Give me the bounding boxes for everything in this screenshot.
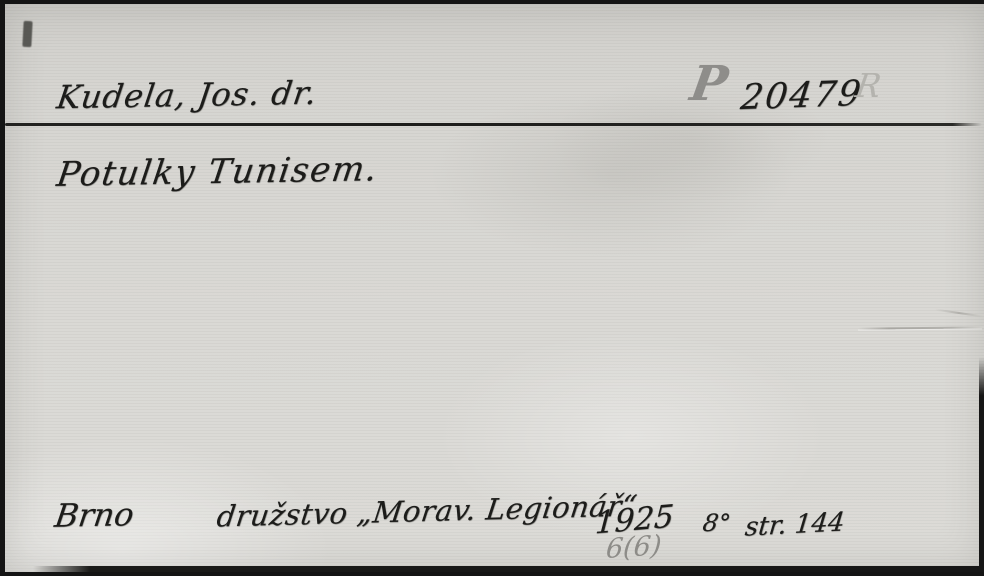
call-number-pencil-prefix: P [691,56,727,112]
title-text: Potulky Tunisem. [54,149,381,195]
call-number-pencil-suffix-text: R [853,66,884,105]
imprint-publisher-text: družstvo „Morav. Legionář“ [215,488,639,533]
paper-crease-corner [935,309,983,318]
call-number-pencil-prefix-text: P [687,56,732,112]
author-heading-text: Kudela, Jos. dr. [54,74,320,117]
imprint-publisher: družstvo „Morav. Legionář“ [217,489,638,534]
pencil-annotation-text: 6(6) [605,530,663,565]
catalog-card: Kudela, Jos. dr. P 20479 R Potulky Tunis… [5,4,984,572]
call-number-pencil-suffix: R [856,66,881,105]
imprint-place: Brno [55,495,134,534]
ink-stamp-mark [22,21,32,47]
call-number-text: 20479 [739,74,865,118]
imprint-pages: str. 144 [744,507,845,542]
imprint-format-text: 8° [701,509,733,537]
imprint-format: 8° [703,509,730,537]
paper-crease [858,326,982,329]
ruled-line [5,123,982,126]
pencil-annotation: 6(6) [605,530,662,565]
imprint-pages-text: str. 144 [743,507,846,542]
title-line: Potulky Tunisem. [57,149,379,195]
scanned-photo-background: Kudela, Jos. dr. P 20479 R Potulky Tunis… [0,0,984,576]
call-number: 20479 [740,74,863,118]
imprint-place-text: Brno [52,495,136,534]
author-heading: Kudela, Jos. dr. [57,74,318,117]
card-right-edge-shadow [979,357,984,572]
card-bottom-edge-shadow [33,566,984,572]
